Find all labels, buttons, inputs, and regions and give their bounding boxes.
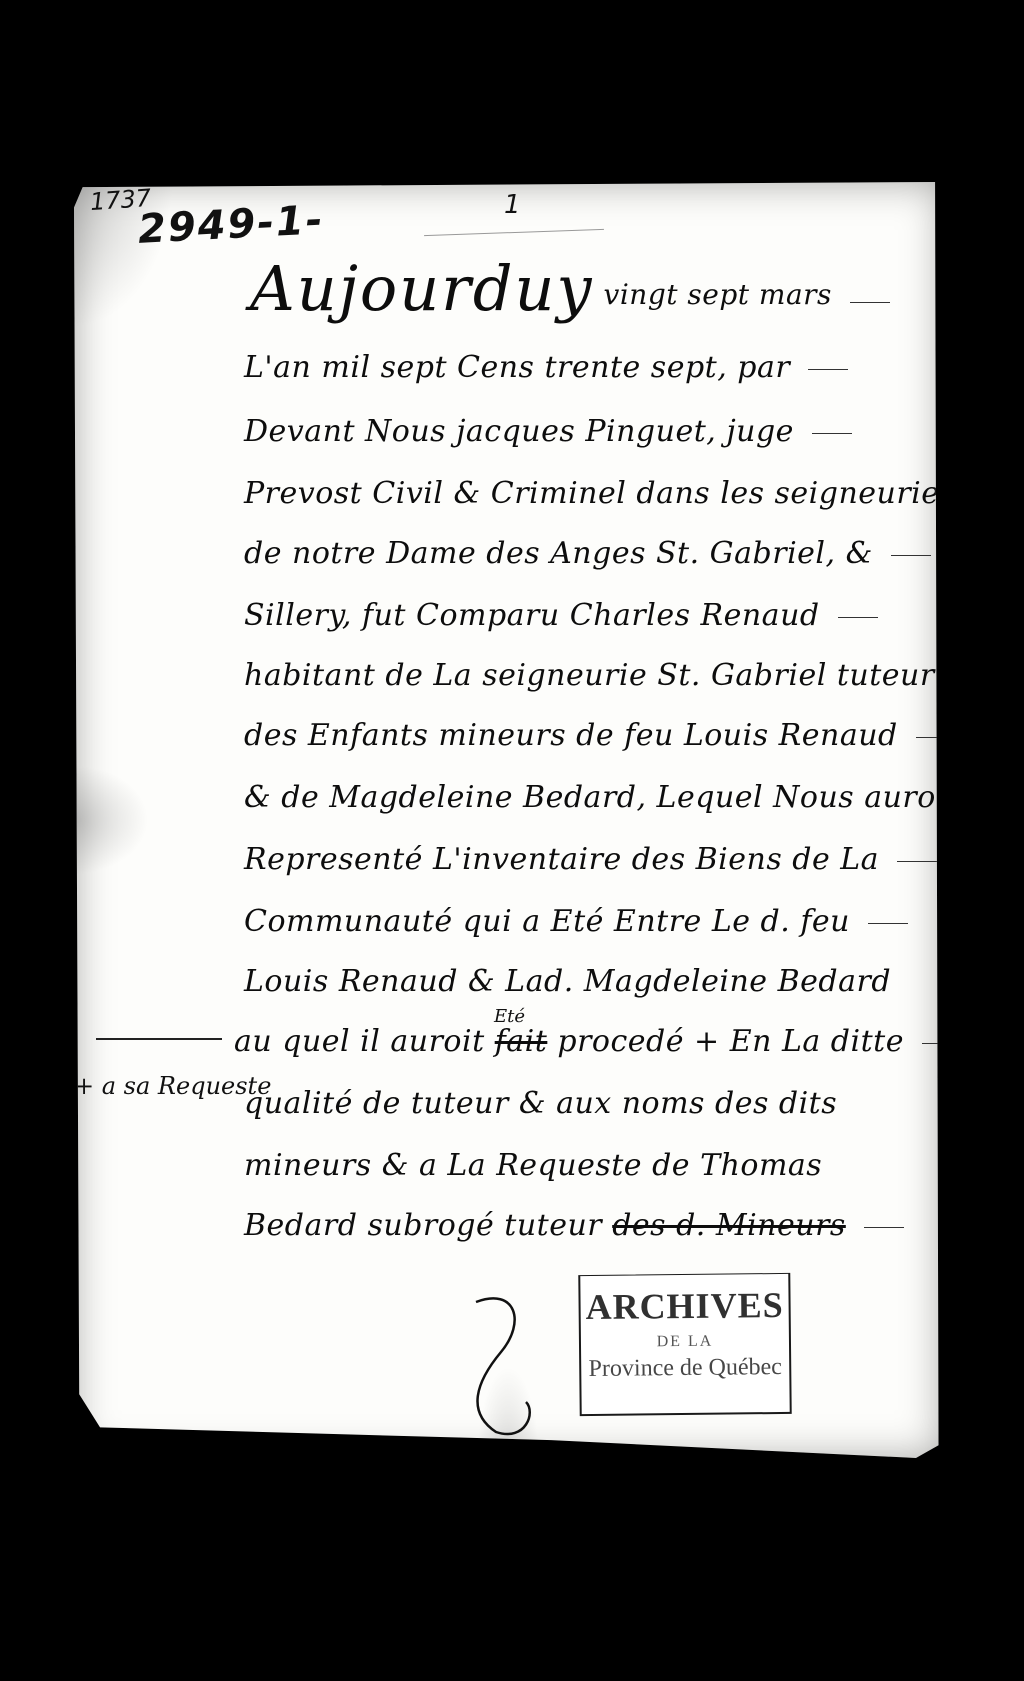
manuscript-page: 1737 2949-1- 1 Aujourduy vingt sept mars…	[74, 182, 942, 1458]
page-number: 1	[504, 190, 521, 220]
line-text: qualité de tuteur & aux noms des dits	[244, 1086, 837, 1121]
stamp-title: ARCHIVES	[580, 1284, 788, 1328]
archive-stamp: ARCHIVES DE LA Province de Québec	[578, 1273, 791, 1416]
manuscript-line-6: Sillery, fut Comparu Charles Renaud	[244, 598, 878, 633]
line-end-rule	[838, 617, 878, 618]
line-end-rule	[922, 1043, 942, 1044]
line-end-rule	[850, 302, 890, 303]
struck-text: des d. Mineurs	[612, 1208, 846, 1243]
manuscript-line-2: L'an mil sept Cens trente sept, par	[244, 350, 848, 385]
line-text: L'an mil sept Cens trente sept, par	[244, 350, 790, 385]
manuscript-line-8: des Enfants mineurs de feu Louis Renaud	[244, 718, 956, 753]
margin-note: + a sa Requeste	[74, 1072, 271, 1100]
line-end-rule	[897, 861, 937, 862]
line-text: mineurs & a La Requeste de Thomas	[244, 1148, 822, 1183]
line-text: Bedard subrogé tuteur	[244, 1208, 602, 1243]
line-text: & de Magdeleine Bedard, Lequel Nous auro…	[244, 780, 958, 815]
line-text: Devant Nous jacques Pinguet, juge	[244, 414, 794, 449]
manuscript-line-14: qualité de tuteur & aux noms des dits	[244, 1086, 837, 1121]
manuscript-line-1: Aujourduy vingt sept mars	[250, 252, 890, 325]
line-text: de notre Dame des Anges St. Gabriel, &	[244, 536, 873, 571]
margin-rule	[96, 1038, 222, 1040]
manuscript-line-4: Prevost Civil & Criminel dans les seigne…	[244, 476, 955, 511]
line-text: Representé L'inventaire des Biens de La	[244, 842, 879, 877]
manuscript-line-15: mineurs & a La Requeste de Thomas	[244, 1148, 822, 1183]
struck-text: fait	[495, 1024, 548, 1059]
manuscript-line-13: au quel il auroit fait procedé + En La d…	[234, 1024, 942, 1059]
manuscript-line-9: & de Magdeleine Bedard, Lequel Nous auro…	[244, 780, 958, 815]
manuscript-line-16: Bedard subrogé tuteur des d. Mineurs	[244, 1208, 904, 1243]
manuscript-line-11: Communauté qui a Eté Entre Le d. feu	[244, 904, 908, 939]
line-end-rule	[891, 555, 931, 556]
line-text: Sillery, fut Comparu Charles Renaud	[244, 598, 820, 633]
line-text: au quel il auroit	[234, 1024, 485, 1059]
line-text: Prevost Civil & Criminel dans les seigne…	[244, 476, 955, 511]
manuscript-line-7: habitant de La seigneurie St. Gabriel tu…	[244, 658, 935, 693]
stamp-subtitle: DE LA	[581, 1332, 789, 1352]
manuscript-line-10: Representé L'inventaire des Biens de La	[244, 842, 937, 877]
manuscript-line-5: de notre Dame des Anges St. Gabriel, &	[244, 536, 931, 571]
page-number-underline	[424, 229, 604, 236]
line-text: Louis Renaud & Lad. Magdeleine Bedard	[244, 964, 891, 999]
line-end-rule	[864, 1227, 904, 1228]
line-text: Communauté qui a Eté Entre Le d. feu	[244, 904, 850, 939]
line-end-rule	[812, 433, 852, 434]
line-text: habitant de La seigneurie St. Gabriel tu…	[244, 658, 935, 693]
line-end-rule	[916, 737, 956, 738]
reference-number: 2949-1-	[137, 197, 326, 253]
line-text: des Enfants mineurs de feu Louis Renaud	[244, 718, 898, 753]
line-end-rule	[808, 369, 848, 370]
line-end-rule	[868, 923, 908, 924]
manuscript-line-3: Devant Nous jacques Pinguet, juge	[244, 414, 852, 449]
manuscript-line-12: Louis Renaud & Lad. Magdeleine Bedard	[244, 964, 891, 999]
microfilm-scan-frame: 1737 2949-1- 1 Aujourduy vingt sept mars…	[0, 0, 1024, 1681]
line-text: procedé + En La ditte	[557, 1024, 904, 1059]
opening-word: Aujourduy	[250, 252, 593, 325]
line-text: vingt sept mars	[604, 278, 832, 311]
closing-flourish-icon	[456, 1292, 546, 1442]
stamp-province: Province de Québec	[581, 1354, 789, 1383]
